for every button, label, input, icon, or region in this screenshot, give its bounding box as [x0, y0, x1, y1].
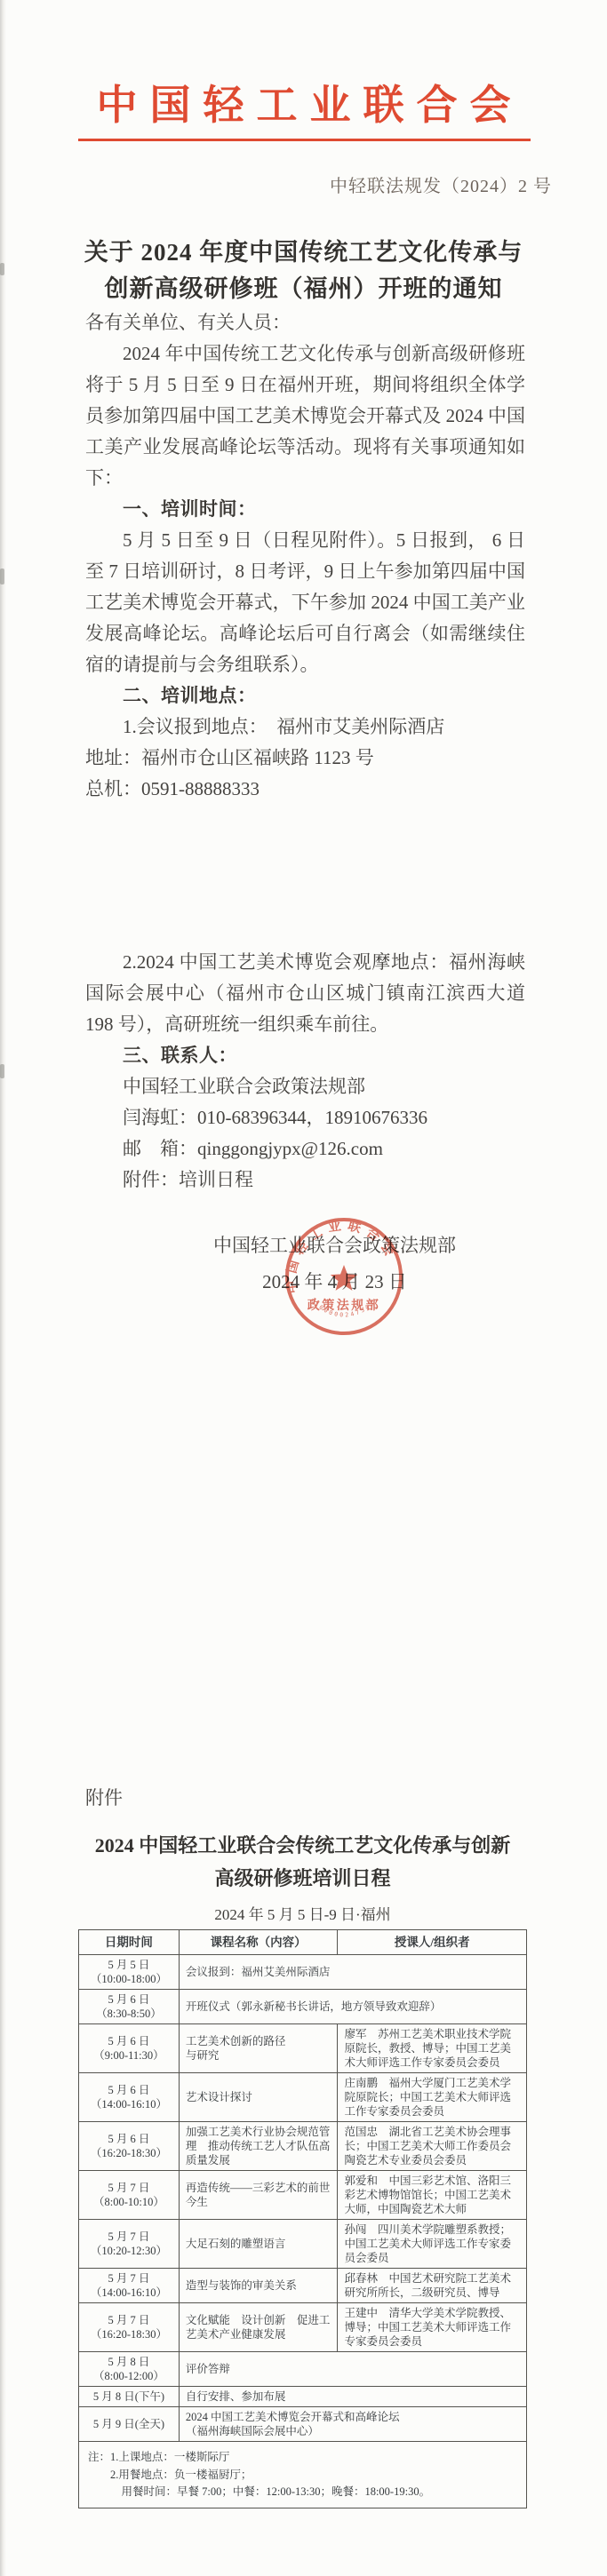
contact-phone: 闫海虹：010-68396344，18910676336 — [85, 1102, 525, 1133]
course-cell: 文化赋能 设计创新 促进工艺美术产业健康发展 — [179, 2303, 338, 2352]
table-row: 5 月 8 日 （8:00-12:00）评价答辩 — [79, 2352, 527, 2387]
scan-smudge — [0, 263, 4, 275]
date-cell: 5 月 7 日 （14:00-16:10） — [79, 2269, 180, 2303]
speaker-cell: 庄南鹏 福州大学厦门工艺美术学院原院长；中国工艺美术大师评选工作专家委员会委员 — [338, 2073, 527, 2122]
date-cell: 5 月 6 日 （9:00-11:30） — [79, 2024, 180, 2073]
course-cell: 开班仪式（郭永新秘书长讲话，地方领导致欢迎辞） — [179, 1990, 526, 2024]
table-row: 5 月 6 日 （9:00-11:30）工艺美术创新的路径 与研究廖军 苏州工艺… — [79, 2024, 527, 2073]
date-cell: 5 月 7 日 （16:20-18:30） — [79, 2303, 180, 2352]
section2-address: 地址：福州市仓山区福峡路 1123 号 — [85, 743, 525, 774]
table-row: 5 月 5 日 （10:00-18:00）会议报到：福州艾美州际酒店 — [79, 1955, 527, 1990]
date-cell: 5 月 7 日 （8:00-10:10） — [79, 2171, 180, 2220]
section2-item1: 1.会议报到地点： 福州市艾美州际酒店 — [85, 712, 525, 743]
table-row: 5 月 6 日 （8:30-8:50）开班仪式（郭永新秘书长讲话，地方领导致欢迎… — [79, 1990, 527, 2024]
table-row: 5 月 7 日 （8:00-10:10）再造传统——三彩艺术的前世今生郭爱和 中… — [79, 2171, 527, 2220]
document-title: 关于 2024 年度中国传统工艺文化传承与 创新高级研修班（福州）开班的通知 — [0, 235, 607, 307]
section2-phone: 总机：0591-88888333 — [85, 774, 525, 805]
table-row: 5 月 8 日(下午)自行安排、参加布展 — [79, 2387, 527, 2407]
scan-smudge — [0, 568, 4, 584]
contact-email: 邮 箱：qinggongjypx@126.com — [85, 1133, 525, 1165]
schedule-table-body: 5 月 5 日 （10:00-18:00）会议报到：福州艾美州际酒店5 月 6 … — [79, 1955, 527, 2508]
salutation: 各有关单位、有关人员： — [85, 307, 525, 338]
scanned-notice-page: 中国轻工业联合会 中轻联法规发（2024）2 号 关于 2024 年度中国传统工… — [0, 0, 607, 2576]
notes-cell: 注：1.上课地点：一楼斯际厅 2.用餐地点：负一楼福厨厅； 用餐时间：早餐 7:… — [79, 2442, 527, 2508]
seal-star-icon — [331, 1265, 357, 1291]
attachment-section: 附件 2024 中国轻工业联合会传统工艺文化传承与创新 高级研修班培训日程 20… — [0, 1785, 607, 2508]
attachment-subtitle: 2024 年 5 月 5 日-9 日·福州 — [78, 1902, 527, 1924]
course-cell: 加强工艺美术行业协会规范管理 推动传统工艺人才队伍高质量发展 — [179, 2122, 338, 2171]
section1-heading: 一、培训时间： — [85, 494, 525, 525]
section3-heading: 三、联系人： — [85, 1040, 525, 1071]
document-number: 中轻联法规发（2024）2 号 — [0, 171, 552, 197]
contact-department: 中国轻工业联合会政策法规部 — [85, 1071, 525, 1102]
header-date: 日期时间 — [79, 1930, 180, 1955]
table-row: 5 月 9 日(全天)2024 中国工艺美术博览会开幕式和高峰论坛 （福州海峡国… — [79, 2407, 527, 2442]
header-course: 课程名称（内容） — [179, 1930, 338, 1955]
official-seal: 中国轻工业联合会 政策法规部 1100000247545 — [282, 1214, 406, 1339]
attachment-title: 2024 中国轻工业联合会传统工艺文化传承与创新 高级研修班培训日程 — [78, 1829, 527, 1895]
schedule-table: 日期时间 课程名称（内容） 授课人/组织者 5 月 5 日 （10:00-18:… — [78, 1929, 527, 2508]
course-cell: 会议报到：福州艾美州际酒店 — [179, 1955, 526, 1990]
course-cell: 艺术设计探讨 — [179, 2073, 338, 2122]
attachment-label: 附件 — [85, 1785, 527, 1811]
section2-heading: 二、培训地点： — [85, 680, 525, 712]
date-cell: 5 月 7 日 （10:20-12:30） — [79, 2220, 180, 2269]
header-speaker: 授课人/组织者 — [338, 1930, 527, 1955]
date-cell: 5 月 5 日 （10:00-18:00） — [79, 1955, 180, 1990]
table-notes-row: 注：1.上课地点：一楼斯际厅 2.用餐地点：负一楼福厨厅； 用餐时间：早餐 7:… — [79, 2442, 527, 2508]
section2-item2: 2.2024 中国工艺美术博览会观摩地点：福州海峡国际会展中心（福州市仓山区城门… — [85, 947, 525, 1040]
intro-paragraph: 2024 年中国传统工艺文化传承与创新高级研修班将于 5 月 5 日至 9 日在… — [85, 338, 525, 494]
date-cell: 5 月 8 日(下午) — [79, 2387, 180, 2407]
date-cell: 5 月 8 日 （8:00-12:00） — [79, 2352, 180, 2387]
table-row: 5 月 7 日 （10:20-12:30）大足石刻的雕塑语言孙闯 四川美术学院雕… — [79, 2220, 527, 2269]
speaker-cell: 邱春林 中国艺术研究院工艺美术研究所所长，二级研究员、博导 — [338, 2269, 527, 2303]
section1-paragraph: 5 月 5 日至 9 日（日程见附件）。5 日报到， 6 日至 7 日培训研讨，… — [85, 525, 525, 680]
course-cell: 工艺美术创新的路径 与研究 — [179, 2024, 338, 2073]
speaker-cell: 王建中 清华大学美术学院教授、博导；中国工艺美术大师评选工作专家委员会委员 — [338, 2303, 527, 2352]
speaker-cell: 廖军 苏州工艺美术职业技术学院原院长，教授、博导；中国工艺美术大师评选工作专家委… — [338, 2024, 527, 2073]
attachment-reference: 附件：培训日程 — [85, 1165, 525, 1196]
scan-smudge — [0, 1064, 4, 1078]
date-cell: 5 月 6 日 （16:20-18:30） — [79, 2122, 180, 2171]
document-title-line2: 创新高级研修班（福州）开班的通知 — [0, 271, 607, 307]
date-cell: 5 月 6 日 （14:00-16:10） — [79, 2073, 180, 2122]
scan-edge-shadow — [0, 0, 6, 2576]
date-cell: 5 月 6 日 （8:30-8:50） — [79, 1990, 180, 2024]
course-cell: 评价答辩 — [179, 2352, 526, 2387]
course-cell: 自行安排、参加布展 — [179, 2387, 526, 2407]
course-cell: 2024 中国工艺美术博览会开幕式和高峰论坛 （福州海峡国际会展中心） — [179, 2407, 526, 2442]
attachment-title-line2: 高级研修班培训日程 — [78, 1862, 527, 1895]
table-row: 5 月 7 日 （14:00-16:10）造型与装饰的审美关系邱春林 中国艺术研… — [79, 2269, 527, 2303]
schedule-header-row: 日期时间 课程名称（内容） 授课人/组织者 — [79, 1930, 527, 1955]
speaker-cell: 范国忠 湖北省工艺美术协会理事长；中国工艺美术大师工作委员会陶瓷艺术专业委员会委… — [338, 2122, 527, 2171]
course-cell: 再造传统——三彩艺术的前世今生 — [179, 2171, 338, 2220]
letterhead-org-title: 中国轻工业联合会 — [0, 0, 607, 130]
table-row: 5 月 6 日 （14:00-16:10）艺术设计探讨庄南鹏 福州大学厦门工艺美… — [79, 2073, 527, 2122]
table-row: 5 月 7 日 （16:20-18:30）文化赋能 设计创新 促进工艺美术产业健… — [79, 2303, 527, 2352]
notice-body: 各有关单位、有关人员： 2024 年中国传统工艺文化传承与创新高级研修班将于 5… — [0, 307, 607, 1300]
date-cell: 5 月 9 日(全天) — [79, 2407, 180, 2442]
speaker-cell: 郭爱和 中国三彩艺术馆、洛阳三彩艺术博物馆馆长；中国工艺美术大师，中国陶瓷艺术大… — [338, 2171, 527, 2220]
document-title-line1: 关于 2024 年度中国传统工艺文化传承与 — [0, 235, 607, 271]
attachment-title-line1: 2024 中国轻工业联合会传统工艺文化传承与创新 — [78, 1829, 527, 1862]
course-cell: 大足石刻的雕塑语言 — [179, 2220, 338, 2269]
course-cell: 造型与装饰的审美关系 — [179, 2269, 338, 2303]
speaker-cell: 孙闯 四川美术学院雕塑系教授；中国工艺美术大师评选工作专家委员会委员 — [338, 2220, 527, 2269]
table-row: 5 月 6 日 （16:20-18:30）加强工艺美术行业协会规范管理 推动传统… — [79, 2122, 527, 2171]
letterhead-divider — [78, 139, 531, 141]
